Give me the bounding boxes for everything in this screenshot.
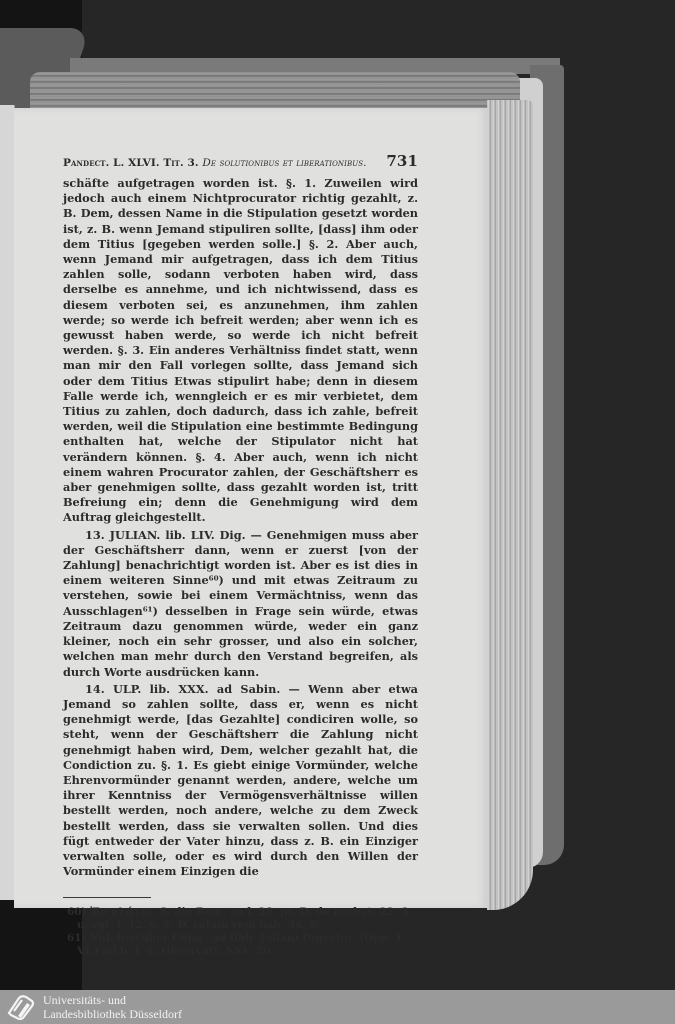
library-name-line2: Landesbibliothek Düsseldorf (43, 1007, 182, 1021)
footnote-divider (63, 897, 151, 898)
paragraph-julian: 13. JULIAN. lib. LIV. Dig. — Genehmigen … (63, 528, 418, 680)
library-footer-bar: Universitäts- und Landesbibliothek Düsse… (0, 990, 675, 1024)
running-head-subtitle: De solutionibus et liberationibus. (202, 157, 366, 169)
book-logo-icon (5, 994, 35, 1020)
scan-background: Pandect. L. XLVI. Tit. 3. De solutionibu… (0, 0, 675, 990)
page-right-edges (487, 100, 533, 910)
page-content: Pandect. L. XLVI. Tit. 3. De solutionibu… (63, 152, 418, 958)
footnote-60: 60) Ἐν πλάτει. S. die Bem. zu l. 28. pr.… (63, 906, 418, 932)
book-page: Pandect. L. XLVI. Tit. 3. De solutionibu… (14, 108, 489, 908)
paragraph-continuation: schäfte aufgetragen worden ist. §. 1. Zu… (63, 176, 418, 526)
library-name-line1: Universitäts- und (43, 993, 182, 1007)
page-top-edges (30, 72, 520, 110)
footnote-61: 61) Vgl. hierüber Cujac. ad libb. Julian… (63, 932, 418, 958)
running-head: Pandect. L. XLVI. Tit. 3. De solutionibu… (63, 152, 418, 170)
left-page-edge (0, 105, 15, 900)
running-head-section: Pandect. L. XLVI. Tit. 3. (63, 157, 199, 169)
body-text: schäfte aufgetragen worden ist. §. 1. Zu… (63, 176, 418, 879)
paragraph-ulp: 14. ULP. lib. XXX. ad Sabin. — Wenn aber… (63, 682, 418, 880)
running-head-title: Pandect. L. XLVI. Tit. 3. De solutionibu… (63, 157, 367, 169)
footnotes: 60) Ἐν πλάτει. S. die Bem. zu l. 28. pr.… (63, 906, 418, 958)
page-number: 731 (386, 152, 418, 170)
library-name: Universitäts- und Landesbibliothek Düsse… (43, 993, 182, 1021)
